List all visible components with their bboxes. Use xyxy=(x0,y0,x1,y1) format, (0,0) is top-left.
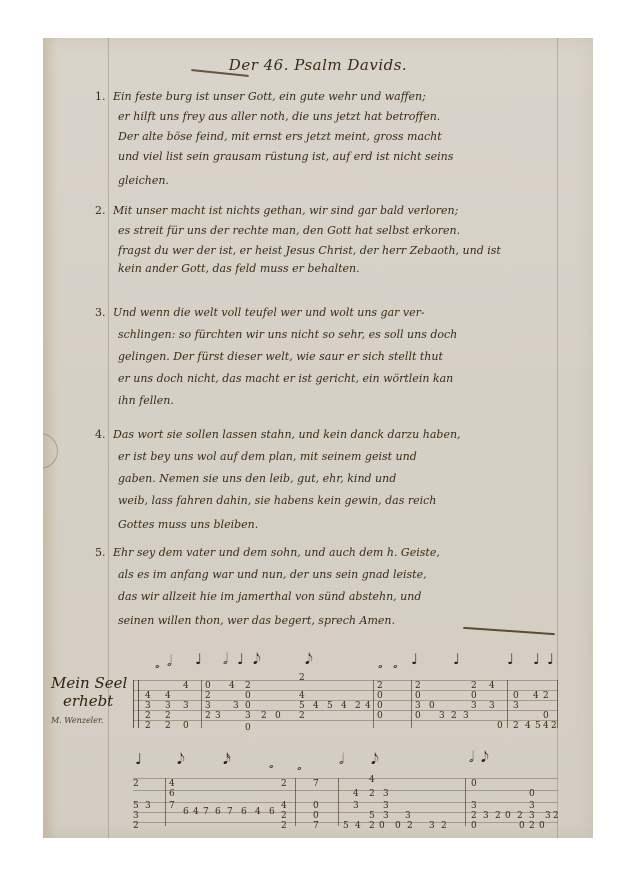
tab-cipher: 6 xyxy=(269,808,275,817)
tab-cipher: 0 xyxy=(275,712,281,721)
rhythm-sign: 𝅗𝅥 xyxy=(167,654,172,669)
verse-line: Der alte böse feind, mit ernst ers jetzt… xyxy=(118,130,558,144)
verse-line: gaben. Nemen sie uns den leib, gut, ehr,… xyxy=(118,472,558,486)
tab-cipher: 2 xyxy=(165,722,171,731)
tab-cipher: 0 xyxy=(313,812,319,821)
rhythm-sign: ♩ xyxy=(135,752,142,767)
barline xyxy=(557,680,558,728)
tab-cipher: 0 xyxy=(505,812,511,821)
tab-cipher: 4 xyxy=(355,822,361,831)
tab-cipher: 5 xyxy=(299,702,305,711)
tab-cipher: 0 xyxy=(519,822,525,831)
tab-cipher: 3 xyxy=(165,702,171,711)
tab-cipher: 3 xyxy=(415,702,421,711)
tab-cipher: 4 xyxy=(255,808,261,817)
rhythm-sign: ♩ xyxy=(547,652,554,667)
tab-cipher: 0 xyxy=(377,692,383,701)
rhythm-sign: 𝅗𝅥 xyxy=(469,750,474,765)
tab-cipher: 4 xyxy=(543,722,549,731)
tab-cipher: 2 xyxy=(543,692,549,701)
verse-line: er ist bey uns wol auf dem plan, mit sei… xyxy=(118,450,558,464)
rhythm-sign: 𝅘𝅥𝅮 xyxy=(253,652,261,667)
tab-cipher: 3 xyxy=(145,802,151,811)
verse-line: Mit unser macht ist nichts gethan, wir s… xyxy=(113,204,553,218)
tab-cipher: 0 xyxy=(471,692,477,701)
tab-cipher: 3 xyxy=(429,822,435,831)
tab-cipher: 2 xyxy=(471,682,477,691)
verse-line: seinen willen thon, wer das begert, spre… xyxy=(118,614,558,628)
tab-cipher: 4 xyxy=(365,702,371,711)
tab-cipher: 4 xyxy=(313,702,319,711)
tab-cipher: 5 xyxy=(369,812,375,821)
tab-cipher: 4 xyxy=(341,702,347,711)
tab-cipher: 6 xyxy=(215,808,221,817)
tab-cipher: 3 xyxy=(529,812,535,821)
tab-cipher: 4 xyxy=(353,790,359,799)
rhythm-sign: ♩ xyxy=(411,652,418,667)
closing-flourish xyxy=(463,627,555,635)
tab-cipher: 4 xyxy=(169,780,175,789)
tab-cipher: 4 xyxy=(533,692,539,701)
tab-cipher: 5 xyxy=(133,802,139,811)
rhythm-sign: 𝅘𝅥𝅮 xyxy=(305,652,313,667)
staff-line xyxy=(133,778,558,779)
barline xyxy=(507,680,508,728)
rhythm-sign: ♩ xyxy=(237,652,244,667)
rhythm-sign: 𝅗 xyxy=(155,656,160,671)
verse-line: weib, lass fahren dahin, sie habens kein… xyxy=(118,494,558,508)
tab-cipher: 0 xyxy=(513,692,519,701)
tab-cipher: 2 xyxy=(205,712,211,721)
tab-cipher: 2 xyxy=(145,722,151,731)
tab-cipher: 2 xyxy=(145,712,151,721)
tune-title: Mein Seel erhebt M. Wenzeler. xyxy=(51,674,127,725)
tab-cipher: 2 xyxy=(377,682,383,691)
tab-cipher: 0 xyxy=(245,724,251,733)
tab-cipher: 6 xyxy=(241,808,247,817)
tab-cipher: 6 xyxy=(169,790,175,799)
tab-cipher: 4 xyxy=(229,682,235,691)
verse-line: schlingen: so fürchten wir uns nicht so … xyxy=(118,328,558,342)
tab-cipher: 2 xyxy=(133,780,139,789)
barline xyxy=(295,778,296,826)
verse-line: das wir allzeit hie im jamerthal von sün… xyxy=(118,590,558,604)
tab-cipher: 4 xyxy=(525,722,531,731)
tab-cipher: 7 xyxy=(313,780,319,789)
tab-cipher: 5 xyxy=(535,722,541,731)
tab-cipher: 3 xyxy=(383,812,389,821)
barline xyxy=(165,778,166,826)
tab-cipher: 3 xyxy=(205,702,211,711)
tab-cipher: 2 xyxy=(451,712,457,721)
tab-cipher: 3 xyxy=(133,812,139,821)
tablature-staff: 2 4 2 7 4 0 6 4 2 3 0 5 3 7 4 0 3 3 3 3 xyxy=(133,778,558,830)
tab-cipher: 0 xyxy=(379,822,385,831)
tab-cipher: 3 xyxy=(439,712,445,721)
tab-cipher: 3 xyxy=(545,812,551,821)
verse-line: er uns doch nicht, das macht er ist geri… xyxy=(118,372,558,386)
tab-cipher: 3 xyxy=(383,802,389,811)
verse-line: Gottes muss uns bleiben. xyxy=(118,518,558,532)
tab-cipher: 7 xyxy=(169,802,175,811)
verse-line: Und wenn die welt voll teufel wer und wo… xyxy=(113,306,553,320)
tab-cipher: 2 xyxy=(165,712,171,721)
verse-line: Das wort sie sollen lassen stahn, und ke… xyxy=(113,428,553,442)
tab-cipher: 3 xyxy=(529,802,535,811)
tab-cipher: 2 xyxy=(261,712,267,721)
stanza-number: 5. xyxy=(95,546,106,559)
tab-cipher: 3 xyxy=(471,702,477,711)
tab-cipher: 3 xyxy=(383,790,389,799)
tab-cipher: 0 xyxy=(539,822,545,831)
tab-cipher: 3 xyxy=(513,702,519,711)
tab-cipher: 3 xyxy=(353,802,359,811)
rhythm-sign: 𝅗 xyxy=(297,758,302,773)
tab-cipher: 4 xyxy=(165,692,171,701)
verse-line: gleichen. xyxy=(118,174,558,188)
barline xyxy=(338,778,339,826)
tab-cipher: 0 xyxy=(429,702,435,711)
tab-cipher: 4 xyxy=(193,808,199,817)
tablature-staff: 4 0 4 2 2 2 2 2 4 4 4 2 0 4 0 0 0 0 4 2 xyxy=(133,680,558,732)
tab-cipher: 2 xyxy=(407,822,413,831)
composer-name: M. Wenzeler. xyxy=(51,716,127,725)
tab-cipher: 0 xyxy=(245,692,251,701)
tab-cipher: 2 xyxy=(529,822,535,831)
tab-cipher: 0 xyxy=(529,790,535,799)
tab-cipher: 0 xyxy=(395,822,401,831)
rhythm-sign: ♩ xyxy=(195,652,202,667)
tab-cipher: 4 xyxy=(183,682,189,691)
staff-line xyxy=(133,802,558,803)
psalm-title: Der 46. Psalm Davids. xyxy=(43,56,593,74)
double-barline xyxy=(133,680,139,728)
tab-cipher: 0 xyxy=(245,702,251,711)
tab-cipher: 4 xyxy=(369,776,375,785)
tab-cipher: 3 xyxy=(483,812,489,821)
tab-cipher: 4 xyxy=(281,802,287,811)
staff-line xyxy=(133,720,558,721)
barline xyxy=(411,680,412,728)
tab-cipher: 2 xyxy=(205,692,211,701)
verse-line: er hilft uns frey aus aller noth, die un… xyxy=(118,110,558,124)
tab-cipher: 4 xyxy=(299,692,305,701)
tab-cipher: 3 xyxy=(233,702,239,711)
tab-cipher: 2 xyxy=(495,812,501,821)
tab-cipher: 0 xyxy=(205,682,211,691)
tab-cipher: 0 xyxy=(377,712,383,721)
tab-cipher: 7 xyxy=(203,808,209,817)
tab-cipher: 0 xyxy=(183,722,189,731)
rhythm-sign: ♩ xyxy=(507,652,514,667)
tab-cipher: 2 xyxy=(369,790,375,799)
tab-cipher: 7 xyxy=(227,808,233,817)
tab-cipher: 0 xyxy=(471,822,477,831)
tab-cipher: 0 xyxy=(415,712,421,721)
rhythm-sign: 𝅘𝅥𝅮 xyxy=(371,752,379,767)
tab-cipher: 2 xyxy=(355,702,361,711)
verse-line: es streit für uns der rechte man, den Go… xyxy=(118,224,558,238)
tab-cipher: 0 xyxy=(415,692,421,701)
tab-cipher: 0 xyxy=(543,712,549,721)
barline xyxy=(465,778,466,826)
tab-cipher: 2 xyxy=(299,674,305,683)
verse-line: ihn fellen. xyxy=(118,394,558,408)
tab-cipher: 0 xyxy=(497,722,503,731)
tab-cipher: 4 xyxy=(145,692,151,701)
rhythm-sign: ♩ xyxy=(533,652,540,667)
stanza-number: 1. xyxy=(95,90,106,103)
binding-stain-mark xyxy=(43,433,58,469)
barline xyxy=(373,680,374,728)
verse-line: Ehr sey dem vater und dem sohn, und auch… xyxy=(113,546,553,560)
tab-cipher: 7 xyxy=(313,822,319,831)
tune-title-line1: Mein Seel xyxy=(51,674,127,692)
tab-cipher: 2 xyxy=(517,812,523,821)
rhythm-sign: 𝅗 xyxy=(269,756,274,771)
tab-cipher: 2 xyxy=(133,822,139,831)
tab-cipher: 2 xyxy=(369,822,375,831)
tab-cipher: 2 xyxy=(299,712,305,721)
rhythm-sign: 𝅗 xyxy=(393,656,398,671)
verse-line: und viel list sein grausam rüstung ist, … xyxy=(118,150,558,164)
tune-title-line2: erhebt xyxy=(51,692,127,710)
tab-cipher: 2 xyxy=(553,812,559,821)
verse-line: fragst du wer der ist, er heist Jesus Ch… xyxy=(118,244,558,258)
rhythm-sign: 𝅘𝅥𝅯 xyxy=(223,752,231,767)
barline xyxy=(201,680,202,728)
tab-cipher: 2 xyxy=(245,682,251,691)
rhythm-sign: 𝅘𝅥𝅮 xyxy=(177,752,185,767)
tab-cipher: 3 xyxy=(145,702,151,711)
tab-cipher: 2 xyxy=(513,722,519,731)
tab-cipher: 0 xyxy=(313,802,319,811)
rhythm-sign: 𝅗 xyxy=(378,656,383,671)
tab-cipher: 2 xyxy=(281,812,287,821)
stanza-number: 2. xyxy=(95,204,106,217)
verse-line: Ein feste burg ist unser Gott, ein gute … xyxy=(113,90,553,104)
tab-cipher: 0 xyxy=(471,780,477,789)
tab-cipher: 6 xyxy=(183,808,189,817)
tab-cipher: 2 xyxy=(441,822,447,831)
verse-line: als es im anfang war und nun, der uns se… xyxy=(118,568,558,582)
rhythm-sign: 𝅗𝅥 xyxy=(223,652,228,667)
tab-cipher: 0 xyxy=(377,702,383,711)
tab-cipher: 3 xyxy=(245,712,251,721)
rhythm-sign: ♩ xyxy=(453,652,460,667)
tab-cipher: 3 xyxy=(489,702,495,711)
tab-cipher: 2 xyxy=(281,780,287,789)
tab-cipher: 5 xyxy=(343,822,349,831)
rhythm-sign: 𝅗𝅥 xyxy=(339,752,344,767)
verse-line: kein ander Gott, das feld muss er behalt… xyxy=(118,262,558,276)
tab-cipher: 3 xyxy=(215,712,221,721)
tab-cipher: 3 xyxy=(471,802,477,811)
manuscript-page: Der 46. Psalm Davids. 1. Ein feste burg … xyxy=(43,38,593,838)
stanza-number: 3. xyxy=(95,306,106,319)
tab-cipher: 2 xyxy=(415,682,421,691)
tab-cipher: 3 xyxy=(463,712,469,721)
tab-cipher: 2 xyxy=(281,822,287,831)
verse-line: gelingen. Der fürst dieser welt, wie sau… xyxy=(118,350,558,364)
tab-cipher: 3 xyxy=(183,702,189,711)
tab-cipher: 2 xyxy=(471,812,477,821)
tab-cipher: 5 xyxy=(327,702,333,711)
tab-cipher: 3 xyxy=(405,812,411,821)
tab-cipher: 4 xyxy=(489,682,495,691)
tab-cipher: 2 xyxy=(551,722,557,731)
viewport: Der 46. Psalm Davids. 1. Ein feste burg … xyxy=(0,0,639,879)
stanza-number: 4. xyxy=(95,428,106,441)
staff-line xyxy=(133,790,558,791)
rhythm-sign: 𝅘𝅥𝅮 xyxy=(481,750,489,765)
